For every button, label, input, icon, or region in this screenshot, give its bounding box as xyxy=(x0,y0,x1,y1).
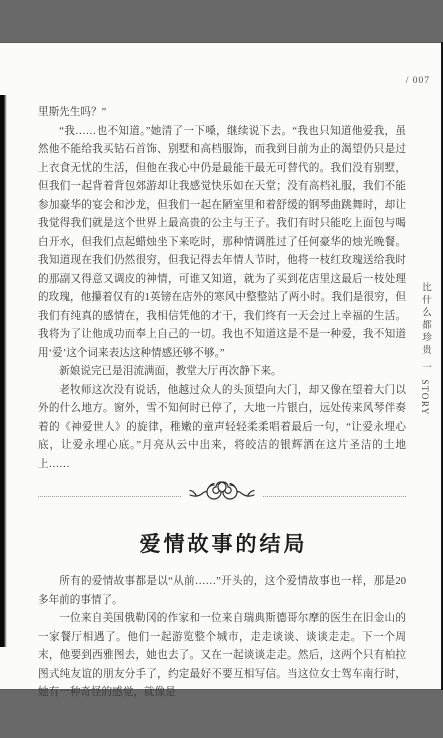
paragraph: 所有的爱情故事都是以“从前……”开头的，这个爱情故事也一样，那是20多年前的事情… xyxy=(38,573,406,610)
page-number: / 007 xyxy=(406,76,430,86)
document-page-view[interactable]: / 007 比什么都珍贵一STORY 里斯先生吗？” “我……也不知道。”她清了… xyxy=(0,0,443,738)
paragraph: “我……也不知道。”她清了一下嗓，继续说下去。“我也只知道他爱我，虽然他不能给我… xyxy=(38,123,406,364)
divider-dotted-line-right xyxy=(263,496,406,497)
page-gutter-shadow xyxy=(0,95,7,647)
divider-dotted-line-left xyxy=(38,496,181,497)
paragraph: 里斯先生吗？” xyxy=(38,104,406,123)
flourish-ornament-icon xyxy=(187,481,257,511)
paragraph: 一位来自美国俄勒冈的作家和一位来自瑞典斯德哥尔摩的医生在旧金山的一家餐厅相遇了。… xyxy=(38,610,406,703)
page-text-block: 里斯先生吗？” “我……也不知道。”她清了一下嗓，继续说下去。“我也只知道他爱我… xyxy=(38,104,406,703)
paragraph: 老牧师这次没有说话，他越过众人的头顶望向大门，却又像在望着大门以外的什么地方。窗… xyxy=(38,382,406,475)
section-divider xyxy=(38,485,406,507)
side-label-en: STORY xyxy=(420,380,430,416)
paragraph: 新娘说完已是泪流满面，教堂大厅再次静下来。 xyxy=(38,363,406,382)
side-label-cn: 比什么都珍贵 xyxy=(420,282,430,357)
chapter-title: 爱情故事的结局 xyxy=(38,531,406,558)
running-side-label: 比什么都珍贵一STORY xyxy=(420,282,430,416)
side-label-divider: 一 xyxy=(420,362,430,375)
viewer-top-margin xyxy=(0,0,443,43)
